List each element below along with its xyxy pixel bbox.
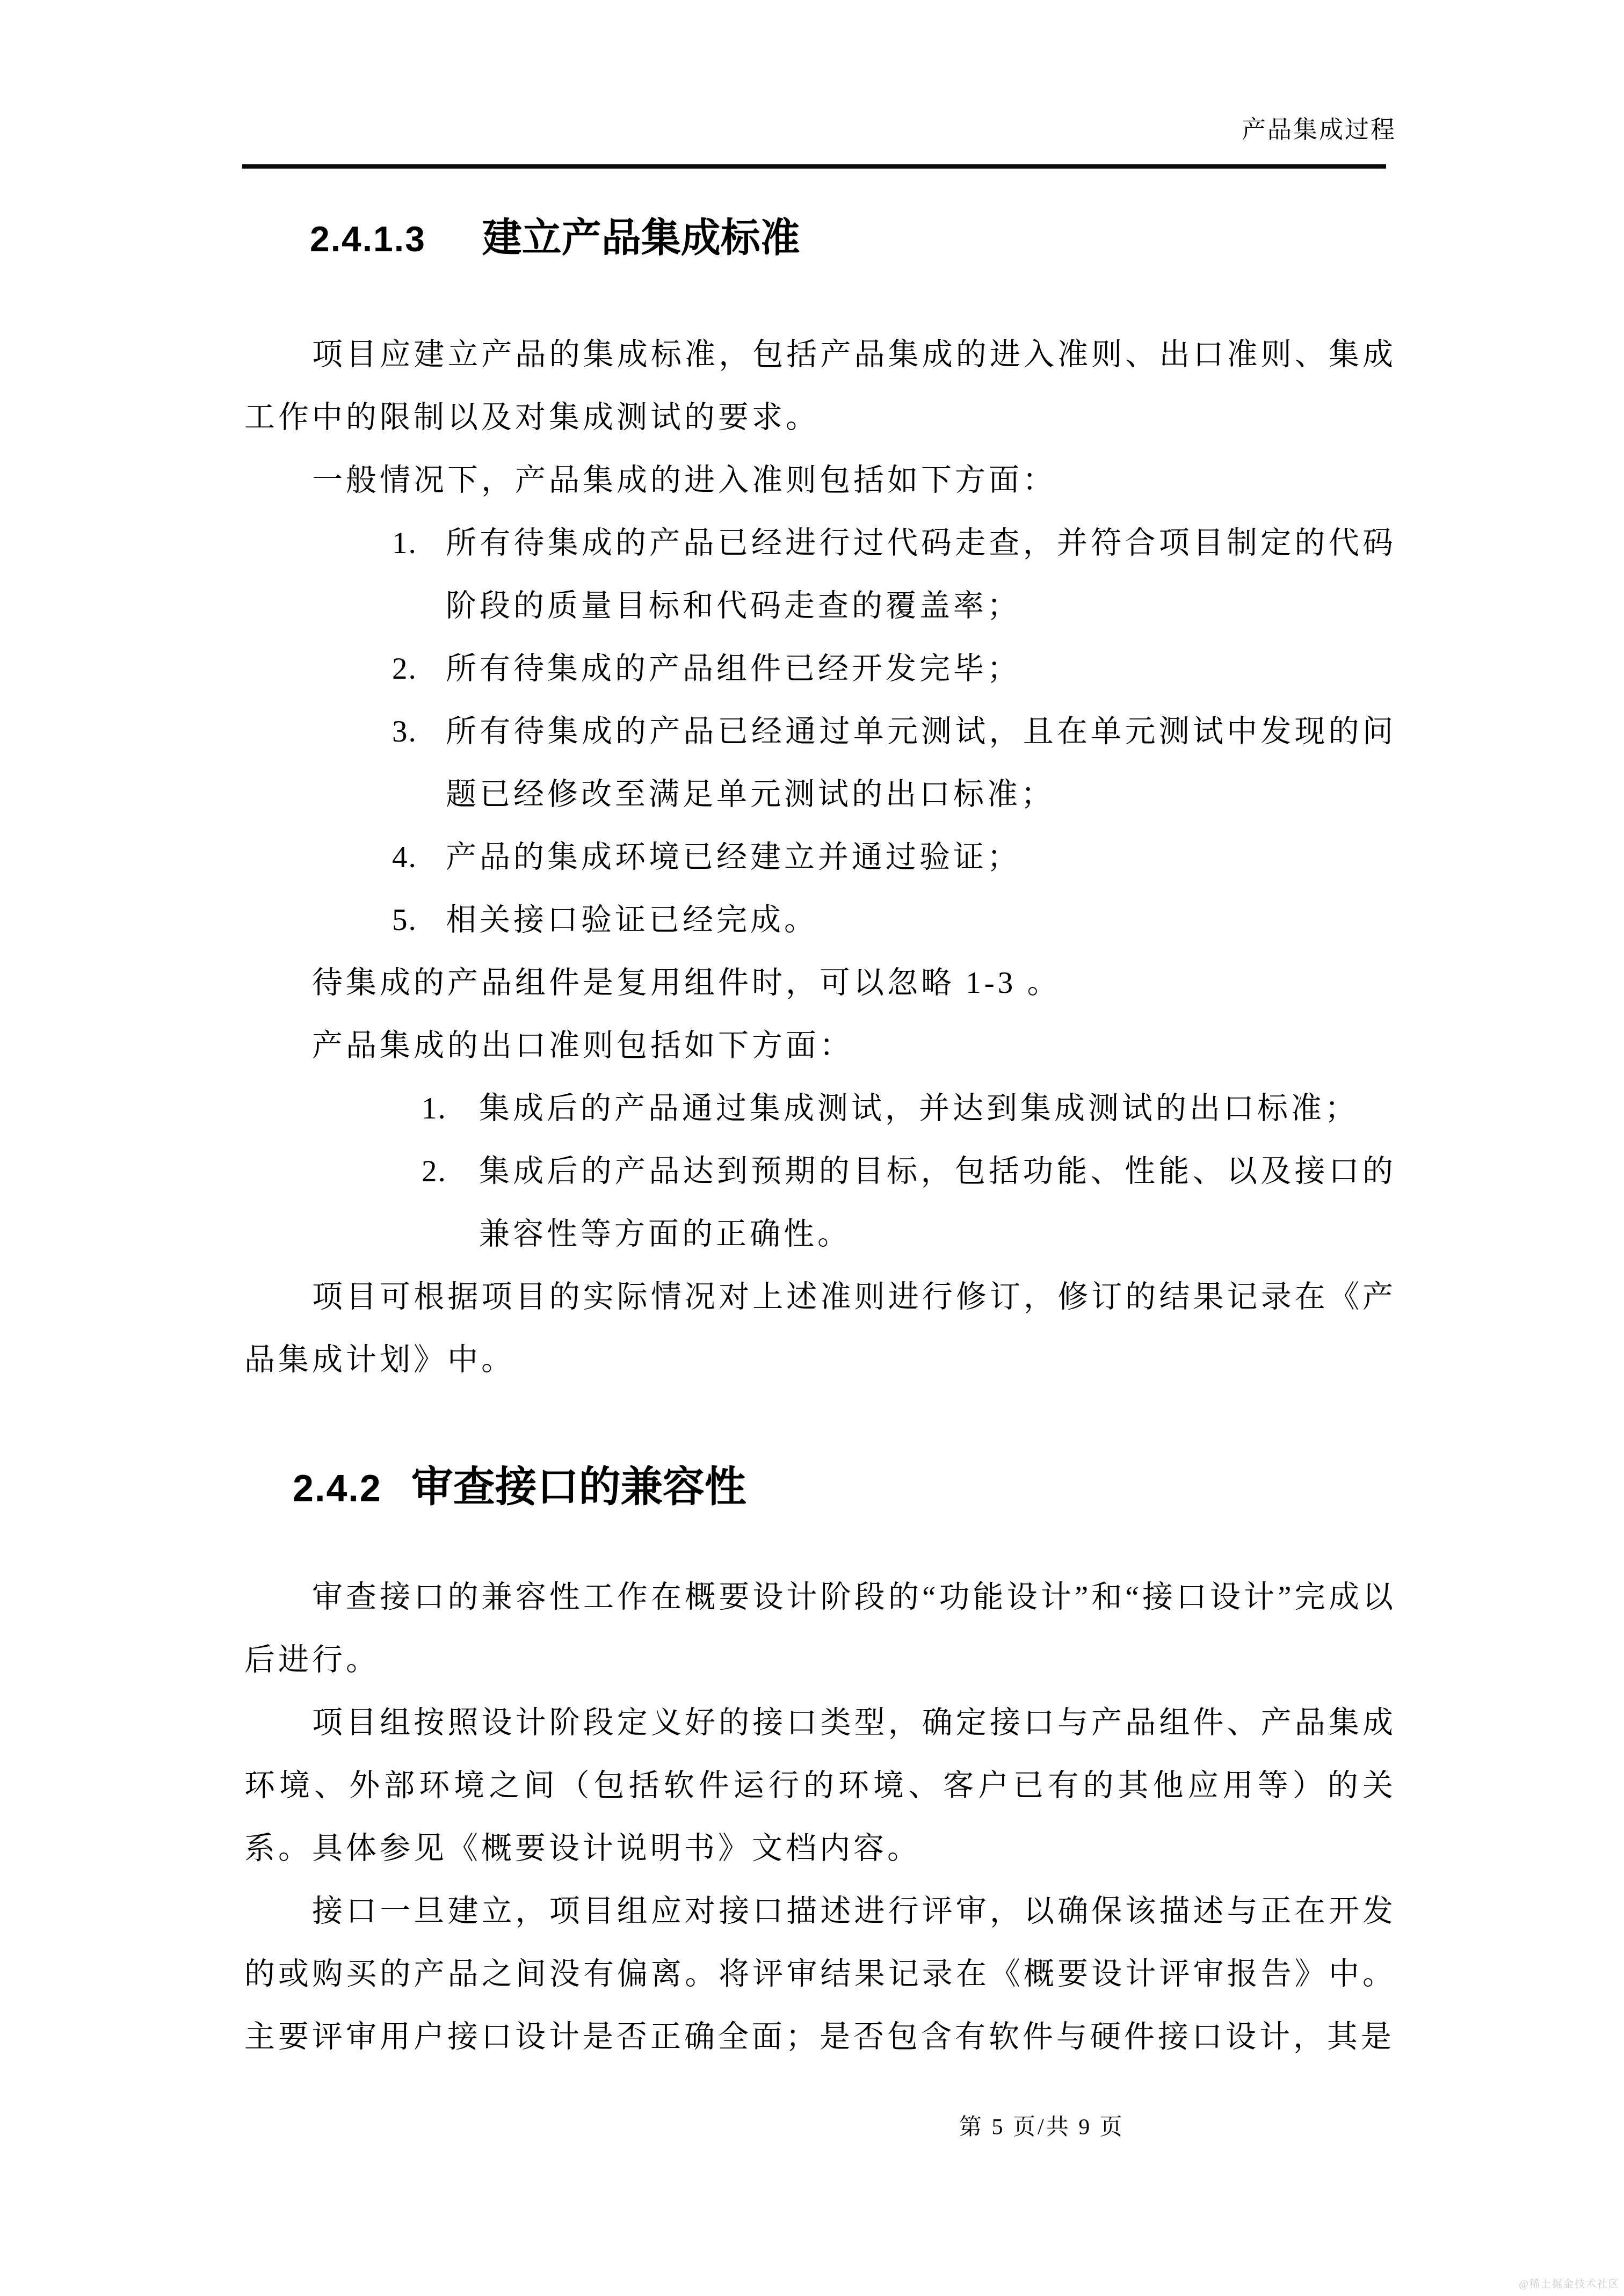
paragraph: 接口一旦建立，项目组应对接口描述进行评审，以确保该描述与正在开发的或购买的产品之… bbox=[244, 1880, 1396, 2068]
section-heading-2-4-1-3: 2.4.1.3建立产品集成标准 bbox=[310, 218, 1396, 259]
list-item-text: 集成后的产品通过集成测试，并达到集成测试的出口标准； bbox=[479, 1077, 1396, 1140]
list-item: 3. 所有待集成的产品已经通过单元测试，且在单元测试中发现的问题已经修改至满足单… bbox=[244, 700, 1396, 826]
exit-criteria-list: 1. 集成后的产品通过集成测试，并达到集成测试的出口标准； 2. 集成后的产品达… bbox=[244, 1077, 1396, 1266]
paragraph: 项目可根据项目的实际情况对上述准则进行修订，修订的结果记录在《产品集成计划》中。 bbox=[244, 1266, 1396, 1391]
list-item-number: 2. bbox=[422, 1140, 479, 1266]
list-item-number: 2. bbox=[392, 637, 446, 700]
paragraph: 待集成的产品组件是复用组件时，可以忽略 1-3 。 bbox=[244, 951, 1396, 1014]
list-item-number: 1. bbox=[422, 1077, 479, 1140]
list-item-text: 所有待集成的产品组件已经开发完毕； bbox=[446, 637, 1396, 700]
paragraph: 产品集成的出口准则包括如下方面： bbox=[244, 1014, 1396, 1077]
watermark: @稀土掘金技术社区 bbox=[1519, 2276, 1620, 2291]
list-item-text: 所有待集成的产品已经进行过代码走查，并符合项目制定的代码阶段的质量目标和代码走查… bbox=[446, 512, 1396, 637]
list-item-text: 所有待集成的产品已经通过单元测试，且在单元测试中发现的问题已经修改至满足单元测试… bbox=[446, 700, 1396, 826]
list-item: 5. 相关接口验证已经完成。 bbox=[244, 889, 1396, 951]
list-item: 1. 集成后的产品通过集成测试，并达到集成测试的出口标准； bbox=[244, 1077, 1396, 1140]
section-title: 审查接口的兼容性 bbox=[411, 1464, 746, 1510]
page-footer: 第 5 页/共 9 页 bbox=[959, 2109, 1125, 2141]
header-title: 产品集成过程 bbox=[1242, 117, 1396, 143]
entry-criteria-list: 1. 所有待集成的产品已经进行过代码走查，并符合项目制定的代码阶段的质量目标和代… bbox=[244, 512, 1396, 951]
page-header: 产品集成过程 bbox=[244, 114, 1396, 146]
paragraph: 项目组按照设计阶段定义好的接口类型，确定接口与产品组件、产品集成环境、外部环境之… bbox=[244, 1691, 1396, 1880]
list-item-text: 集成后的产品达到预期的目标，包括功能、性能、以及接口的兼容性等方面的正确性。 bbox=[479, 1140, 1396, 1266]
header-rule bbox=[242, 164, 1386, 169]
section-heading-2-4-2: 2.4.2审查接口的兼容性 bbox=[293, 1466, 1396, 1509]
paragraph: 一般情况下，产品集成的进入准则包括如下方面： bbox=[244, 449, 1396, 512]
list-item-number: 1. bbox=[392, 512, 446, 637]
list-item-text: 相关接口验证已经完成。 bbox=[446, 889, 1396, 951]
list-item: 2. 集成后的产品达到预期的目标，包括功能、性能、以及接口的兼容性等方面的正确性… bbox=[244, 1140, 1396, 1266]
paragraph: 审查接口的兼容性工作在概要设计阶段的“功能设计”和“接口设计”完成以后进行。 bbox=[244, 1566, 1396, 1691]
section-number: 2.4.2 bbox=[293, 1467, 382, 1509]
document-body: 2.4.1.3建立产品集成标准 项目应建立产品的集成标准，包括产品集成的进入准则… bbox=[244, 171, 1396, 2068]
list-item: 4. 产品的集成环境已经建立并通过验证； bbox=[244, 826, 1396, 889]
list-item-number: 5. bbox=[392, 889, 446, 951]
list-item: 1. 所有待集成的产品已经进行过代码走查，并符合项目制定的代码阶段的质量目标和代… bbox=[244, 512, 1396, 637]
list-item: 2. 所有待集成的产品组件已经开发完毕； bbox=[244, 637, 1396, 700]
list-item-number: 3. bbox=[392, 700, 446, 826]
section-title: 建立产品集成标准 bbox=[482, 216, 800, 260]
section-number: 2.4.1.3 bbox=[310, 219, 426, 259]
list-item-number: 4. bbox=[392, 826, 446, 889]
list-item-text: 产品的集成环境已经建立并通过验证； bbox=[446, 826, 1396, 889]
paragraph: 项目应建立产品的集成标准，包括产品集成的进入准则、出口准则、集成工作中的限制以及… bbox=[244, 323, 1396, 449]
